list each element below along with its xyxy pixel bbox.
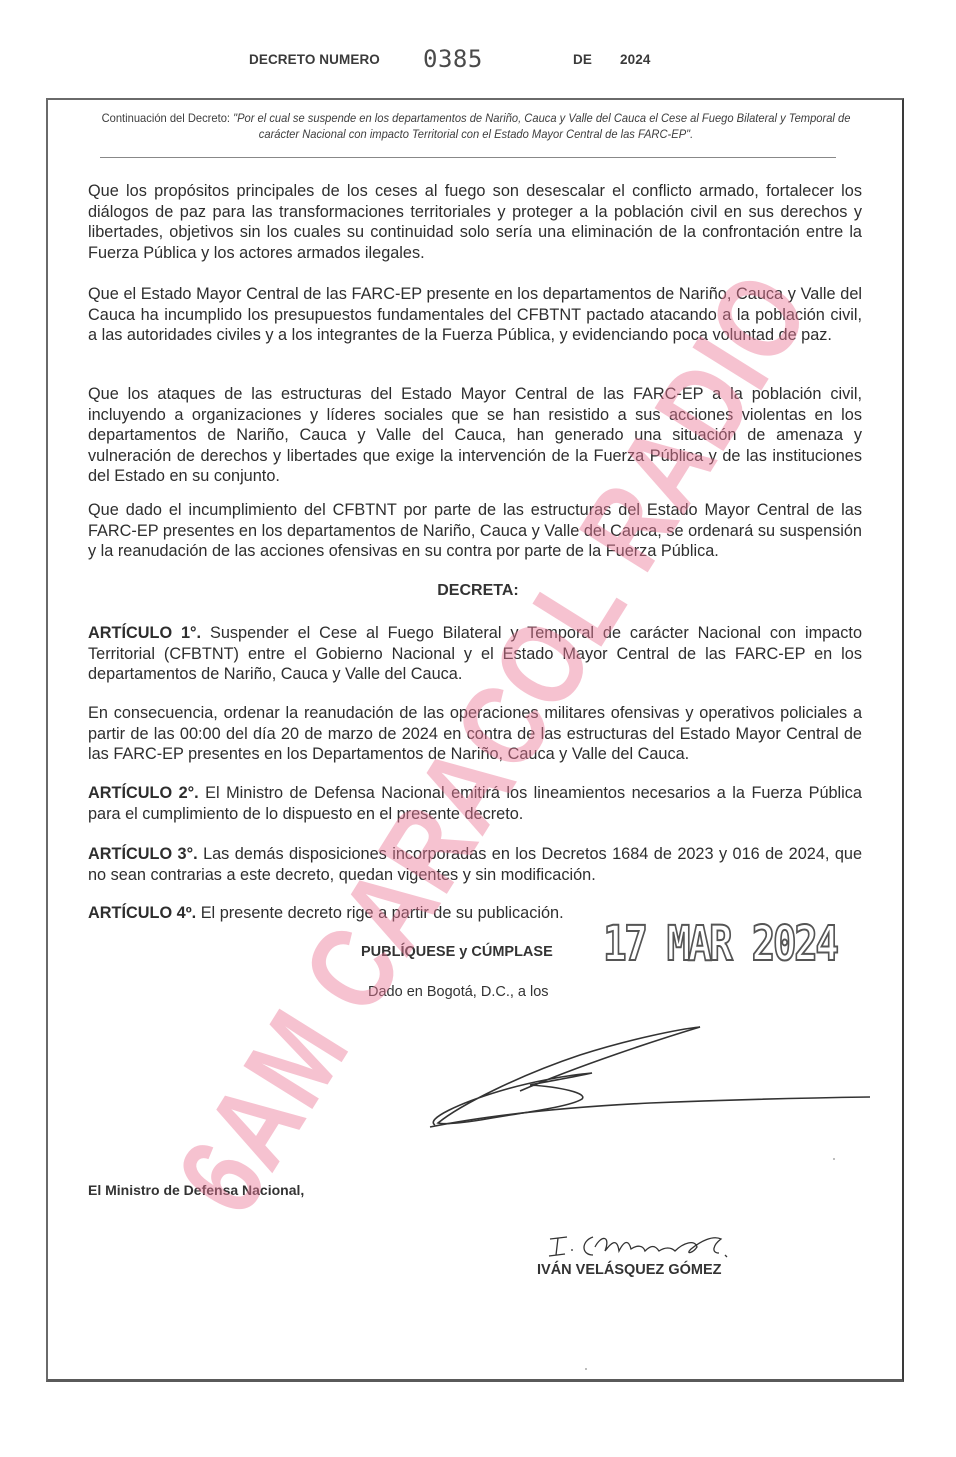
article-label: ARTÍCULO 4º. [88,904,196,922]
decree-de-label: DE [573,52,592,67]
decreta-heading: DECRETA: [0,582,956,600]
scan-speck [585,1368,587,1370]
article-3: ARTÍCULO 3°. Las demás disposiciones inc… [88,844,862,885]
dado-en-label: Dado en Bogotá, D.C., a los [368,984,549,1000]
publiquese-label: PUBLÍQUESE y CÚMPLASE [361,944,553,960]
article-text: Las demás disposiciones incorporadas en … [88,845,862,884]
continuation-prefix: Continuación del Decreto: [102,111,234,125]
minister-name: IVÁN VELÁSQUEZ GÓMEZ [537,1262,722,1278]
signature-president-icon [400,1015,880,1135]
decree-number: 0385 [423,45,483,73]
article-text: En consecuencia, ordenar la reanudación … [88,704,862,763]
article-text: El Ministro de Defensa Nacional emitirá … [88,784,862,823]
consideration-paragraph: Que los ataques de las estructuras del E… [88,384,862,487]
minister-title: El Ministro de Defensa Nacional, [88,1182,304,1198]
article-text: El presente decreto rige a partir de su … [196,904,563,922]
continuation-title: "Por el cual se suspende en los departam… [233,111,850,141]
scan-speck [833,1158,835,1160]
continuation-caption: Continuación del Decreto: "Por el cual s… [89,110,863,142]
article-1-continuation: En consecuencia, ordenar la reanudación … [88,703,862,765]
decree-number-label: DECRETO NUMERO [249,52,380,67]
article-1: ARTÍCULO 1°. Suspender el Cese al Fuego … [88,623,862,685]
article-text: Suspender el Cese al Fuego Bilateral y T… [88,624,862,683]
article-label: ARTÍCULO 2°. [88,784,199,802]
article-label: ARTÍCULO 1°. [88,624,201,642]
article-2: ARTÍCULO 2°. El Ministro de Defensa Naci… [88,783,862,824]
date-stamp: 17 MAR 2024 [603,916,837,972]
continuation-divider [100,157,836,158]
article-label: ARTÍCULO 3°. [88,845,198,863]
decree-header: DECRETO NUMERO 0385 DE 2024 [0,44,956,84]
consideration-paragraph: Que el Estado Mayor Central de las FARC-… [88,284,862,346]
signature-minister-icon [545,1225,775,1265]
decree-year: 2024 [620,52,650,67]
consideration-paragraph: Que dado el incumplimiento del CFBTNT po… [88,500,862,562]
consideration-paragraph: Que los propósitos principales de los ce… [88,181,862,263]
